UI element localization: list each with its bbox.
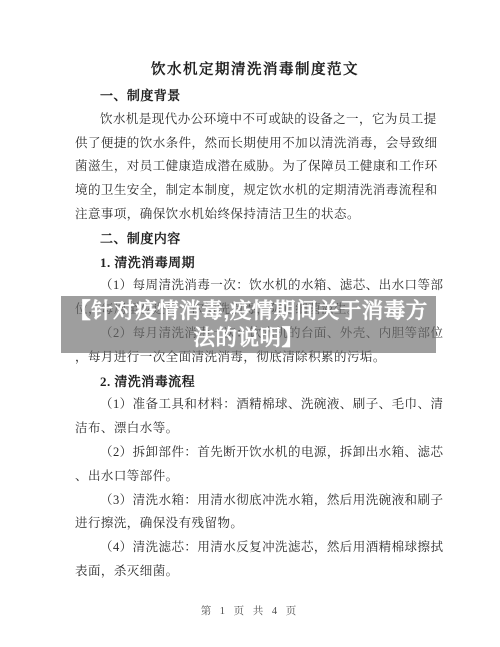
paragraph-line: （1）准备工具和材料：酒精棉球、洗碗液、刷子、毛巾、清	[75, 393, 425, 417]
paragraph-line: 饮水机是现代办公环境中不可或缺的设备之一，它为员工提	[75, 108, 425, 132]
paragraph-line: 注意事项，确保饮水机始终保持清洁卫生的状态。	[75, 203, 425, 227]
disinfection-notice-overlay: 【针对疫情消毒,疫情期间关于消毒方 法的说明】	[61, 296, 436, 353]
paragraph-line: 洁布、漂白水等。	[75, 417, 425, 441]
paragraph-line: 表面，杀灭细菌。	[75, 560, 425, 584]
sub-heading: 2. 清洗消毒流程	[75, 370, 425, 394]
overlay-text-line: 【针对疫情消毒,疫情期间关于消毒方	[69, 298, 427, 325]
paragraph-line: 境的卫生安全，制定本制度，规定饮水机的定期清洗消毒流程和	[75, 179, 425, 203]
document-title: 饮水机定期清洗消毒制度范文	[75, 58, 435, 79]
overlay-text-line: 法的说明】	[193, 325, 303, 352]
section-heading: 一、制度背景	[75, 84, 425, 108]
paragraph-line: 、出水口等部件。	[75, 465, 425, 489]
document-page: 饮水机定期清洗消毒制度范文 一、制度背景 饮水机是现代办公环境中不可或缺的设备之…	[0, 0, 500, 647]
paragraph-line: 进行擦洗，确保没有残留物。	[75, 512, 425, 536]
paragraph-line: 菌滋生，对员工健康造成潜在威胁。为了保障员工健康和工作环	[75, 155, 425, 179]
paragraph-line: （2）拆卸部件：首先断开饮水机的电源，拆卸出水箱、滤芯	[75, 441, 425, 465]
section-heading: 二、制度内容	[75, 227, 425, 251]
page-number-footer: 第 1 页 共 4 页	[0, 603, 500, 618]
sub-heading: 1. 清洗消毒周期	[75, 251, 425, 275]
paragraph-line: （1）每周清洗消毒一次：饮水机的水箱、滤芯、出水口等部	[75, 274, 425, 298]
paragraph-line: （3）清洗水箱：用清水彻底冲洗水箱，然后用洗碗液和刷子	[75, 489, 425, 513]
paragraph-line: 供了便捷的饮水条件，然而长期使用不加以清洗消毒，会导致细	[75, 132, 425, 156]
paragraph-line: （4）清洗滤芯：用清水反复冲洗滤芯，然后用酒精棉球擦拭	[75, 536, 425, 560]
